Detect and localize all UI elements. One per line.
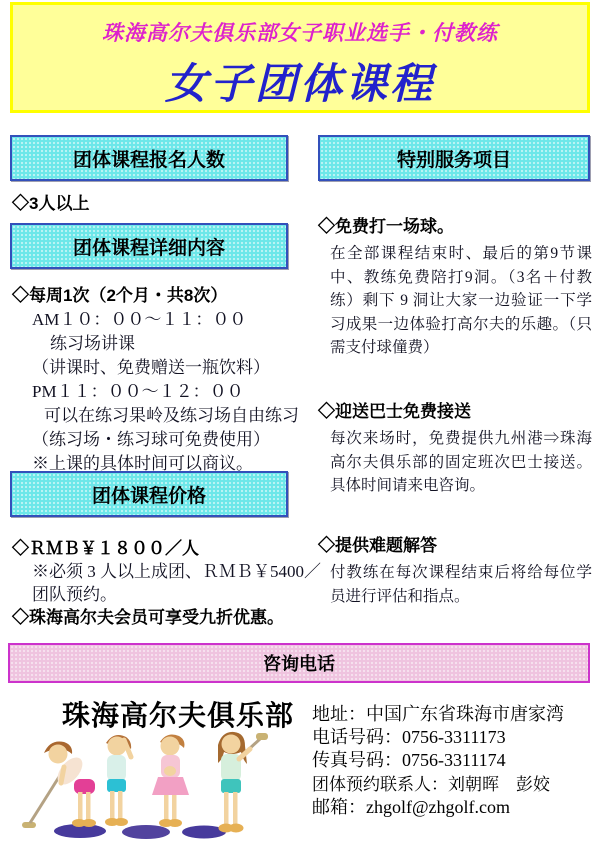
contact-email: 邮箱：zhgolf@zhgolf.com: [312, 796, 596, 819]
subtitle: 珠海高尔夫俱乐部女子职业选手・付教练: [13, 17, 587, 47]
service-item-title: ◇迎送巴士免费接送: [318, 397, 592, 422]
enrollment-heading-box: 团体课程报名人数: [10, 135, 288, 181]
header-banner: 珠海高尔夫俱乐部女子职业选手・付教练 女子团体课程: [10, 2, 590, 113]
detail-line: （练习场・练习球可免费使用）: [12, 428, 312, 452]
flyer-page: 珠海高尔夫俱乐部女子职业选手・付教练 女子团体课程 团体课程报名人数 ◇3人以上…: [0, 0, 600, 846]
detail-line: PM１１：００～１２：００: [12, 380, 312, 404]
service-item-body: 付教练在每次课程结束后将给每位学员进行评估和指点。: [330, 561, 592, 608]
service-item-body: 在全部课程结束时、最后的第9节课中、教练免费陪打9洞。（3名＋付教练）剩下 9 …: [330, 242, 592, 360]
detail-line: AM１０：００～１１：００: [12, 308, 312, 332]
enrollment-heading: 团体课程报名人数: [73, 145, 225, 172]
service-item-title: ◇提供难题解答: [318, 531, 592, 556]
service-item-title: ◇免费打一场球。: [318, 212, 592, 237]
service-item: ◇迎送巴士免费接送 每次来场时，免费提供九州港⇒珠海高尔夫俱乐部的固定班次巴士接…: [318, 397, 592, 498]
detail-line: 练习场讲课: [12, 332, 312, 356]
service-heading: 特别服务项目: [397, 145, 511, 172]
detail-heading-box: 团体课程详细内容: [10, 223, 288, 269]
price-line: 团队预约。: [12, 583, 312, 606]
price-text: ◇ＲＭＢ￥１８００／人 ※必须 3 人以上成团、ＲＭＢ￥5400／ 团队预约。 …: [12, 537, 312, 629]
phone-heading: 咨询电话: [263, 650, 335, 676]
price-line: ◇珠海高尔夫会员可享受九折优惠。: [12, 606, 312, 629]
phone-heading-box: 咨询电话: [8, 643, 590, 683]
golfer-4: [218, 732, 268, 833]
price-heading-box: 团体课程价格: [10, 471, 288, 517]
enrollment-note: ◇3人以上: [12, 189, 89, 214]
page-title: 女子团体课程: [13, 51, 587, 111]
golfer-2: [105, 735, 131, 826]
contact-block: 地址：中国广东省珠海市唐家湾 电话号码：0756-3311173 传真号码：07…: [312, 703, 596, 819]
golfer-1: [22, 741, 96, 828]
detail-line: 可以在练习果岭及练习场自由练习: [12, 404, 312, 428]
price-line: ※必须 3 人以上成团、ＲＭＢ￥5400／: [12, 560, 312, 583]
price-line: ◇ＲＭＢ￥１８００／人: [12, 537, 312, 560]
service-item: ◇免费打一场球。 在全部课程结束时、最后的第9节课中、教练免费陪打9洞。（3名＋…: [318, 212, 592, 360]
course-detail-text: ◇每周1次（2个月・共8次） AM１０：００～１１：００ 练习场讲课 （讲课时、…: [12, 284, 312, 476]
service-item-body: 每次来场时，免费提供九州港⇒珠海高尔夫俱乐部的固定班次巴士接送。具体时间请来电咨…: [330, 427, 592, 498]
service-item: ◇提供难题解答 付教练在每次课程结束后将给每位学员进行评估和指点。: [318, 531, 592, 608]
detail-line: （讲课时、免费赠送一瓶饮料）: [12, 356, 312, 380]
service-heading-box: 特别服务项目: [318, 135, 590, 181]
women-golfers-illustration-icon: [18, 727, 273, 842]
price-heading: 团体课程价格: [92, 481, 206, 508]
golfer-3: [152, 734, 189, 827]
contact-phone: 电话号码：0756-3311173: [312, 726, 596, 749]
contact-fax: 传真号码：0756-3311174: [312, 749, 596, 772]
detail-heading: 团体课程详细内容: [73, 233, 225, 260]
contact-person: 团体预约联系人：刘朝晖 彭姣: [312, 773, 596, 796]
contact-address: 地址：中国广东省珠海市唐家湾: [312, 703, 596, 726]
detail-line: ◇每周1次（2个月・共8次）: [12, 284, 312, 308]
